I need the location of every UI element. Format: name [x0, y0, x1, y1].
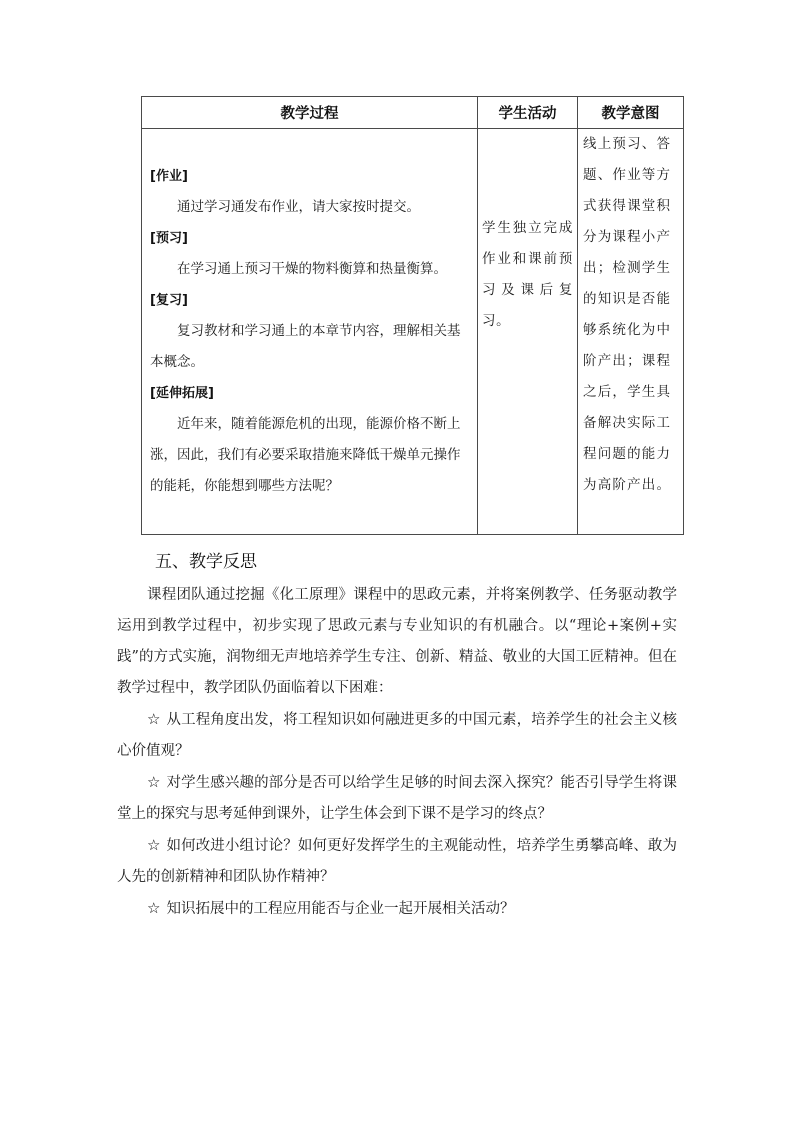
question-text: 知识拓展中的工程应用能否与企业一起开展相关活动？	[166, 901, 514, 917]
header-student-activity: 学生活动	[478, 97, 578, 129]
preview-heading: [预习]	[150, 223, 471, 254]
teaching-intent-text: 线上预习、答题、作业等方式获得课堂积分为课程小产出；检测学生的知识是否能够系统化…	[578, 129, 683, 501]
preview-text: 在学习通上预习干燥的物料衡算和热量衡算。	[150, 254, 471, 285]
extension-heading: [延伸拓展]	[150, 378, 471, 409]
star-icon: ☆	[147, 836, 161, 854]
section-title: 五、教学反思	[155, 547, 257, 572]
star-icon: ☆	[147, 710, 161, 728]
teaching-process-cell: [作业] 通过学习通发布作业，请大家按时提交。 [预习] 在学习通上预习干燥的物…	[142, 129, 478, 535]
review-heading: [复习]	[150, 285, 471, 316]
student-activity-cell: 学生独立完成作业和课前预习及课后复习。	[478, 129, 578, 535]
table-row: [作业] 通过学习通发布作业，请大家按时提交。 [预习] 在学习通上预习干燥的物…	[142, 129, 684, 535]
header-teaching-intent: 教学意图	[578, 97, 684, 129]
question-item: ☆如何改进小组讨论？如何更好发挥学生的主观能动性，培养学生勇攀高峰、敢为人先的创…	[117, 830, 677, 893]
teaching-intent-cell: 线上预习、答题、作业等方式获得课堂积分为课程小产出；检测学生的知识是否能够系统化…	[578, 129, 684, 535]
reflection-body: 课程团队通过挖掘《化工原理》课程中的思政元素，并将案例教学、任务驱动教学运用到教…	[117, 580, 677, 925]
star-icon: ☆	[147, 899, 160, 917]
table-header-row: 教学过程 学生活动 教学意图	[142, 97, 684, 129]
header-teaching-process: 教学过程	[142, 97, 478, 129]
homework-heading: [作业]	[150, 161, 471, 192]
question-text: 如何改进小组讨论？如何更好发挥学生的主观能动性，培养学生勇攀高峰、敢为人先的创新…	[117, 838, 677, 885]
review-text: 复习教材和学习通上的本章节内容，理解相关基本概念。	[150, 316, 471, 378]
question-item: ☆对学生感兴趣的部分是否可以给学生足够的时间去深入探究？能否引导学生将课堂上的探…	[117, 767, 677, 830]
homework-text: 通过学习通发布作业，请大家按时提交。	[150, 192, 471, 223]
extension-text: 近年来，随着能源危机的出现，能源价格不断上涨，因此，我们有必要采取措施来降低干燥…	[150, 409, 471, 502]
question-text: 对学生感兴趣的部分是否可以给学生足够的时间去深入探究？能否引导学生将课堂上的探究…	[117, 775, 677, 822]
student-activity-text: 学生独立完成作业和课前预习及课后复习。	[478, 129, 577, 337]
question-item: ☆知识拓展中的工程应用能否与企业一起开展相关活动？	[117, 893, 677, 925]
document-page: 教学过程 学生活动 教学意图 [作业] 通过学习通发布作业，请大家按时提交。 […	[0, 0, 794, 1123]
reflection-intro: 课程团队通过挖掘《化工原理》课程中的思政元素，并将案例教学、任务驱动教学运用到教…	[117, 580, 677, 704]
question-item: ☆从工程角度出发，将工程知识如何融进更多的中国元素，培养学生的社会主义核心价值观…	[117, 704, 677, 767]
star-icon: ☆	[147, 773, 161, 791]
lesson-plan-table: 教学过程 学生活动 教学意图 [作业] 通过学习通发布作业，请大家按时提交。 […	[141, 96, 684, 535]
question-text: 从工程角度出发，将工程知识如何融进更多的中国元素，培养学生的社会主义核心价值观？	[117, 712, 677, 759]
